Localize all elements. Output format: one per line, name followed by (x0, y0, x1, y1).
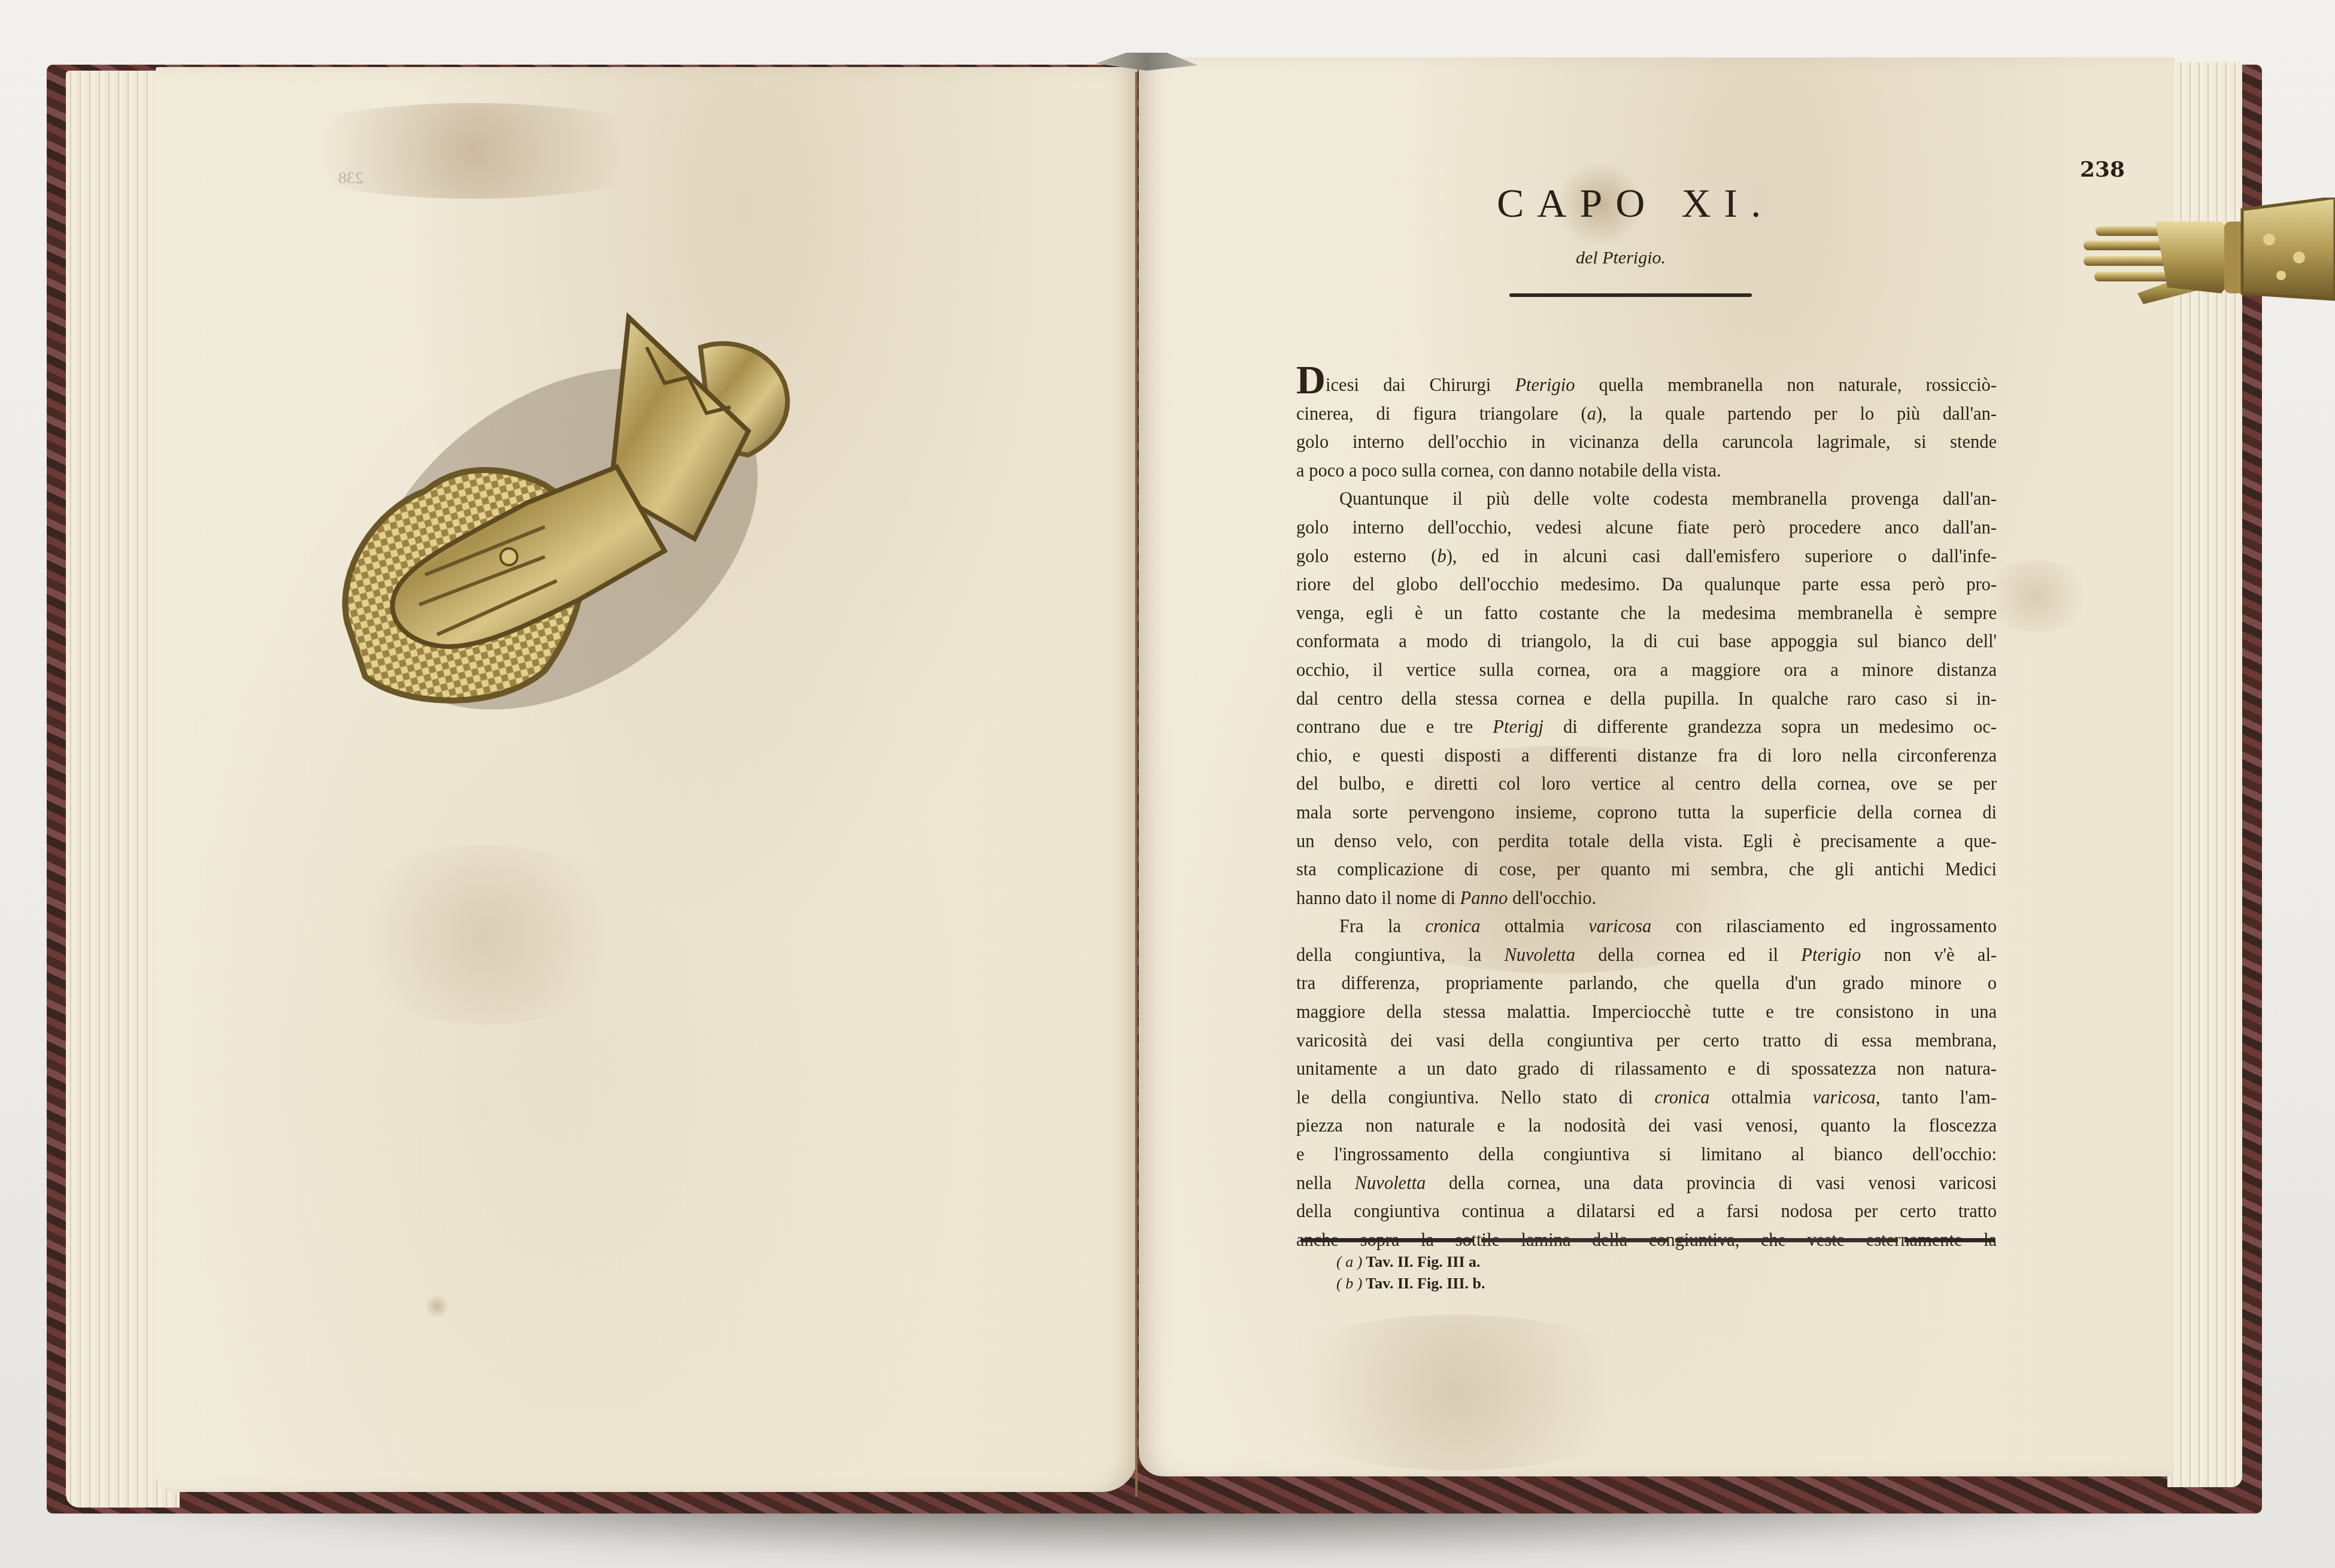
water-stain (263, 103, 683, 199)
text-line: occhio, il vertice sulla cornea, ora a m… (1296, 656, 1997, 685)
text-line: a poco a poco sulla cornea, con danno no… (1296, 457, 1997, 486)
text-line: le della congiuntiva. Nello stato di cro… (1296, 1084, 1997, 1112)
text-line: unitamente a un dato grado di rilassamen… (1296, 1055, 1997, 1084)
footnote-rule (1300, 1238, 1995, 1242)
text-line: nella Nuvoletta della cornea, una data p… (1296, 1169, 1997, 1198)
chapter-subtitle: del Pterigio. (1576, 248, 1666, 268)
left-page (156, 67, 1138, 1492)
text-line: varicosità dei vasi della congiuntiva pe… (1296, 1027, 1997, 1056)
footnotes: ( a ) Tav. II. Fig. III a. ( b ) Tav. II… (1336, 1251, 1485, 1294)
water-stain (1247, 1315, 1666, 1470)
title-rule (1509, 293, 1752, 297)
footnote: ( b ) Tav. II. Fig. III. b. (1336, 1273, 1485, 1294)
text-line: sta complicazione di cose, per quanto mi… (1296, 856, 1997, 884)
text-line: conformata a modo di triangolo, la di cu… (1296, 627, 1997, 656)
text-line: Quantunque il più delle volte codesta me… (1296, 485, 1997, 514)
text-line: Dicesi dai Chirurgi Pterigio quella memb… (1296, 368, 1997, 400)
drop-cap: D (1296, 357, 1326, 402)
text-line: maggiore della stessa malattia. Impercio… (1296, 998, 1997, 1027)
footnote: ( a ) Tav. II. Fig. III a. (1336, 1251, 1485, 1273)
text-line: golo esterno (b), ed in alcuni casi dall… (1296, 542, 1997, 571)
chapter-title: CAPO XI. (1497, 180, 1774, 227)
brass-hand-clip-icon (2084, 198, 2335, 335)
text-line: Fra la cronica ottalmia varicosa con ril… (1296, 912, 1997, 941)
brass-hand-clip-icon (329, 311, 796, 718)
text-line: golo interno dell'occhio in vicinanza de… (1296, 428, 1997, 457)
page-number: 238 (2080, 157, 2125, 182)
book-gutter (1135, 72, 1138, 1497)
foxing-spot (425, 1294, 449, 1318)
show-through-page-number: 238 (338, 169, 363, 188)
text-line: piezza non naturale e la nodosità dei va… (1296, 1112, 1997, 1141)
text-line: hanno dato il nome di Panno dell'occhio. (1296, 884, 1997, 913)
text-line: un denso velo, con perdita totale della … (1296, 827, 1997, 856)
text-line: e l'ingrossamento della congiuntiva si l… (1296, 1141, 1997, 1169)
text-line: del bulbo, e diretti col loro vertice al… (1296, 770, 1997, 799)
text-line: della congiuntiva continua a dilatarsi e… (1296, 1197, 1997, 1226)
text-line: venga, egli è un fatto costante che la m… (1296, 599, 1997, 628)
text-line: golo interno dell'occhio, vedesi alcune … (1296, 514, 1997, 542)
text-line: cinerea, di figura triangolare (a), la q… (1296, 400, 1997, 429)
text-line: chio, e questi disposti a differenti dis… (1296, 742, 1997, 771)
water-stain (335, 845, 635, 1025)
text-line: tra differenza, propriamente parlando, c… (1296, 969, 1997, 998)
text-line: contrano due e tre Pterigj di differente… (1296, 713, 1997, 742)
text-line: dal centro della stessa cornea e della p… (1296, 685, 1997, 714)
text-line: riore del globo dell'occhio medesimo. Da… (1296, 571, 1997, 599)
body-text: Dicesi dai Chirurgi Pterigio quella memb… (1296, 368, 1997, 1254)
text-line: della congiuntiva, la Nuvoletta della co… (1296, 941, 1997, 970)
text-line: mala sorte pervengono insieme, coprono t… (1296, 799, 1997, 827)
